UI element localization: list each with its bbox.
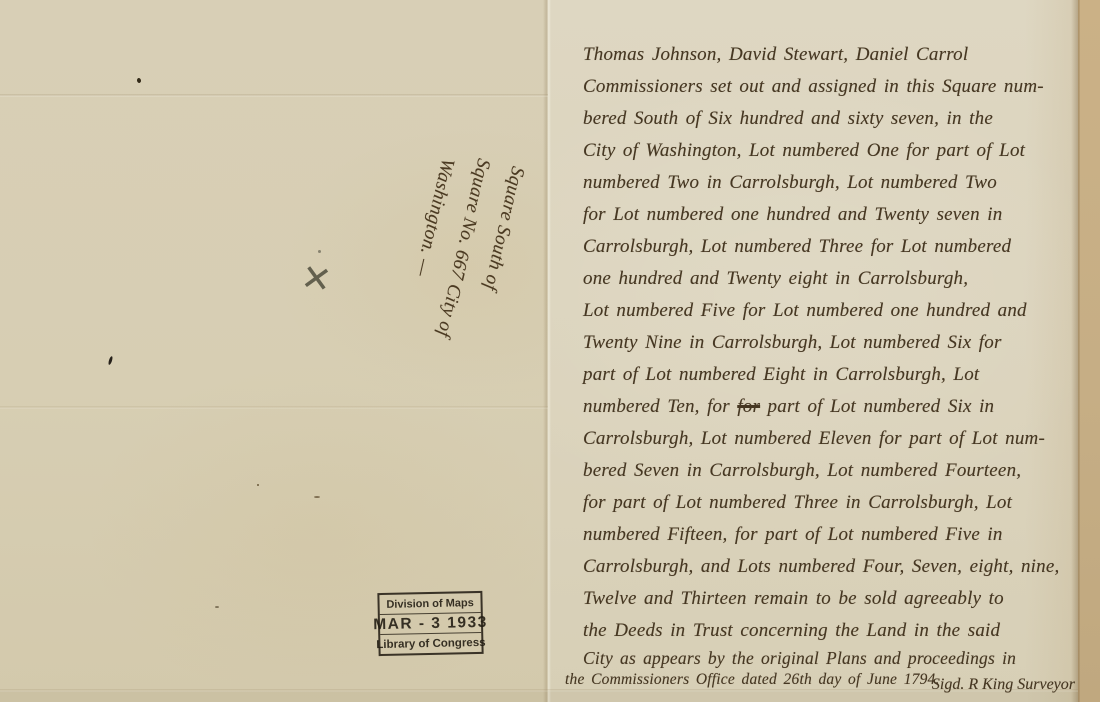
manuscript-line: for part of Lot numbered Three in Carrol… [583, 492, 1077, 524]
manuscript-text-block: Thomas Johnson, David Stewart, Daniel Ca… [583, 44, 1077, 702]
stamp-date-line: MAR - 3 1933 [380, 613, 481, 635]
manuscript-line: City as appears by the original Plans an… [583, 648, 1077, 671]
paper-speck [215, 606, 219, 608]
pencil-dot [318, 250, 321, 253]
manuscript-line: for Lot numbered one hundred and Twenty … [583, 204, 1077, 236]
manuscript-line: bered Seven in Carrolsburgh, Lot numbere… [583, 460, 1077, 492]
manuscript-line: Carrolsburgh, Lot numbered Eleven for pa… [583, 428, 1077, 460]
manuscript-line: numbered Fifteen, for part of Lot number… [583, 524, 1077, 556]
library-of-congress-stamp: Division of Maps MAR - 3 1933 Library of… [377, 591, 483, 656]
struck-word: for [737, 396, 760, 417]
surveyor-signature: Sigd. R King Surveyor [893, 676, 1075, 694]
manuscript-line: Carrolsburgh, and Lots numbered Four, Se… [583, 556, 1077, 588]
paper-speck [257, 484, 259, 486]
manuscript-line: one hundred and Twenty eight in Carrolsb… [583, 268, 1077, 300]
manuscript-line: Twelve and Thirteen remain to be sold ag… [583, 588, 1077, 620]
manuscript-line: the Deeds in Trust concerning the Land i… [583, 620, 1077, 648]
line-text: part of Lot numbered Six in [760, 396, 994, 417]
manuscript-line: Lot numbered Five for Lot numbered one h… [583, 300, 1077, 332]
stamp-division-line: Division of Maps [379, 593, 480, 615]
manuscript-line: numbered Two in Carrolsburgh, Lot number… [583, 172, 1077, 204]
manuscript-line: Carrolsburgh, Lot numbered Three for Lot… [583, 236, 1077, 268]
scanned-manuscript: Square South of Square No. 667 City of W… [0, 0, 1100, 702]
line-text: numbered Ten, for [583, 396, 737, 417]
manuscript-line: part of Lot numbered Eight in Carrolsbur… [583, 364, 1077, 396]
manuscript-line: bered South of Six hundred and sixty sev… [583, 108, 1077, 140]
manuscript-line: City of Washington, Lot numbered One for… [583, 140, 1077, 172]
stamp-library-line: Library of Congress [380, 633, 481, 654]
x-mark: ✕ [298, 260, 333, 300]
manuscript-line: Thomas Johnson, David Stewart, Daniel Ca… [583, 44, 1077, 76]
paper-speck [314, 496, 320, 498]
manuscript-line: Commissioners set out and assigned in th… [583, 76, 1077, 108]
manuscript-line-with-correction: numbered Ten, for for part of Lot number… [583, 396, 1077, 428]
manuscript-line: Twenty Nine in Carrolsburgh, Lot numbere… [583, 332, 1077, 364]
paper-speck [937, 373, 940, 376]
